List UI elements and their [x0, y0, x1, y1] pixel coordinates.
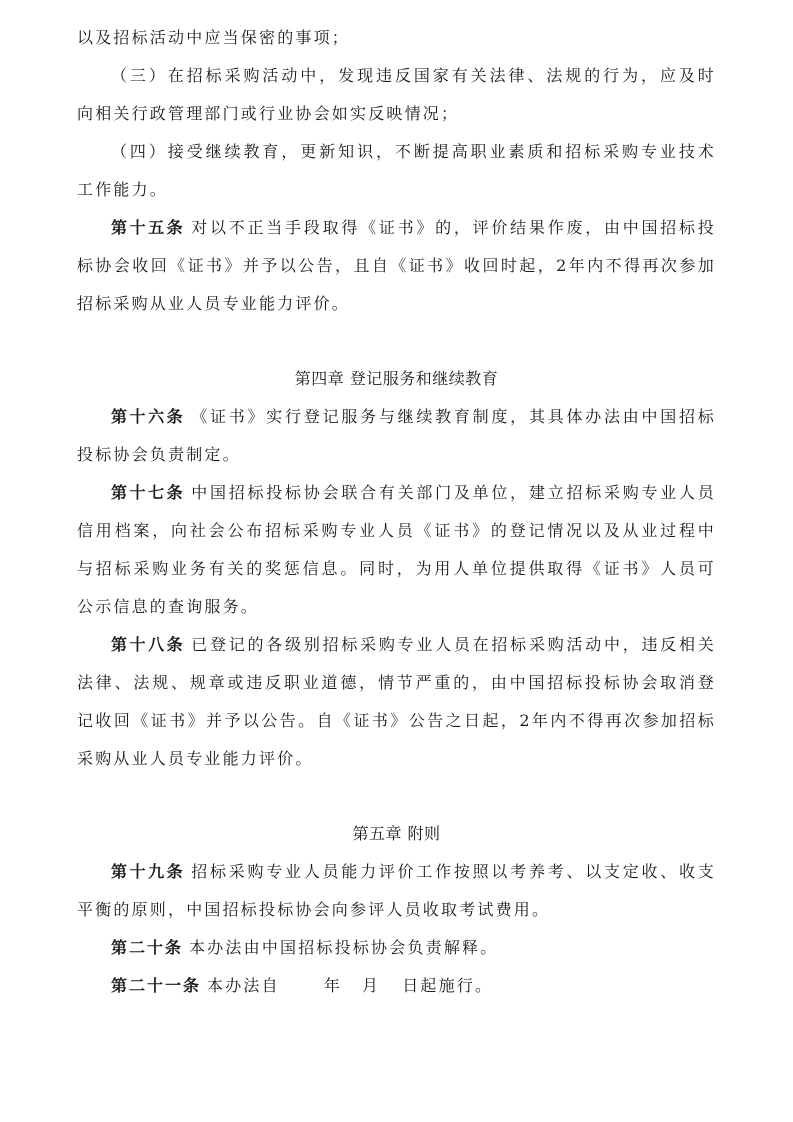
article-17-text: 中国招标投标协会联合有关部门及单位，建立招标采购专业人员 — [191, 483, 716, 502]
list-item-3-line-1: （三）在招标采购活动中，发现违反国家有关法律、法规的行为，应及时 — [77, 65, 716, 87]
article-17-line-1: 第十七条中国招标投标协会联合有关部门及单位，建立招标采购专业人员 — [77, 482, 716, 504]
article-19-text: 招标采购专业人员能力评价工作按照以考养考、以支定收、收支 — [191, 862, 716, 881]
article-18-line-2: 法律、法规、规章或违反职业道德，情节严重的，由中国招标投标协会取消登 — [77, 672, 716, 694]
article-16-line-2: 投标协会负责制定。 — [77, 444, 716, 466]
paragraph-continuation: 以及招标活动中应当保密的事项； — [77, 27, 716, 49]
list-item-4-line-1: （四）接受继续教育，更新知识，不断提高职业素质和招标采购专业技术 — [77, 141, 716, 163]
article-21-label: 第二十一条 — [111, 976, 201, 995]
article-17-line-3: 与招标采购业务有关的奖惩信息。同时，为用人单位提供取得《证书》人员可 — [77, 558, 716, 580]
article-16-line-1: 第十六条《证书》实行登记服务与继续教育制度，其具体办法由中国招标 — [77, 406, 716, 428]
article-21-year: 年 — [324, 976, 342, 995]
list-item-3-line-2: 向相关行政管理部门或行业协会如实反映情况； — [77, 103, 716, 125]
article-19-line-1: 第十九条招标采购专业人员能力评价工作按照以考养考、以支定收、收支 — [77, 861, 716, 883]
article-18-line-3: 记收回《证书》并予以公告。自《证书》公告之日起，2年内不得再次参加招标 — [77, 710, 716, 732]
article-15-line-1: 第十五条对以不正当手段取得《证书》的，评价结果作废，由中国招标投 — [77, 217, 716, 239]
article-21-prefix: 本办法自 — [207, 976, 280, 995]
article-18-line-4: 采购从业人员专业能力评价。 — [77, 748, 716, 770]
article-20-line-1: 第二十条本办法由中国招标投标协会负责解释。 — [77, 937, 716, 959]
article-20-text: 本办法由中国招标投标协会负责解释。 — [189, 938, 498, 957]
article-17-label: 第十七条 — [111, 483, 185, 502]
article-20-label: 第二十条 — [111, 938, 183, 957]
article-17-line-2: 信用档案，向社会公布招标采购专业人员《证书》的登记情况以及从业过程中 — [77, 520, 716, 542]
chapter-5-title: 第五章 附则 — [77, 823, 716, 845]
article-16-text: 《证书》实行登记服务与继续教育制度，其具体办法由中国招标 — [191, 407, 716, 426]
article-18-label: 第十八条 — [111, 635, 185, 654]
article-21-month: 月 — [362, 976, 380, 995]
article-15-line-2: 标协会收回《证书》并予以公告，且自《证书》收回时起，2年内不得再次参加 — [77, 255, 716, 277]
article-15-text: 对以不正当手段取得《证书》的，评价结果作废，由中国招标投 — [191, 218, 716, 237]
article-19-line-2: 平衡的原则，中国招标投标协会向参评人员收取考试费用。 — [77, 899, 716, 921]
list-item-4-line-2: 工作能力。 — [77, 179, 716, 201]
article-17-line-4: 公示信息的查询服务。 — [77, 596, 716, 618]
article-21-suffix: 日起施行。 — [402, 976, 493, 995]
article-15-line-3: 招标采购从业人员专业能力评价。 — [77, 293, 716, 315]
article-19-label: 第十九条 — [111, 862, 185, 881]
article-18-text: 已登记的各级别招标采购专业人员在招标采购活动中，违反相关 — [191, 635, 716, 654]
article-16-label: 第十六条 — [111, 407, 185, 426]
article-18-line-1: 第十八条已登记的各级别招标采购专业人员在招标采购活动中，违反相关 — [77, 634, 716, 656]
chapter-4-title: 第四章 登记服务和继续教育 — [77, 368, 716, 390]
article-15-label: 第十五条 — [111, 218, 185, 237]
article-21-line-1: 第二十一条本办法自年月日起施行。 — [77, 975, 716, 997]
